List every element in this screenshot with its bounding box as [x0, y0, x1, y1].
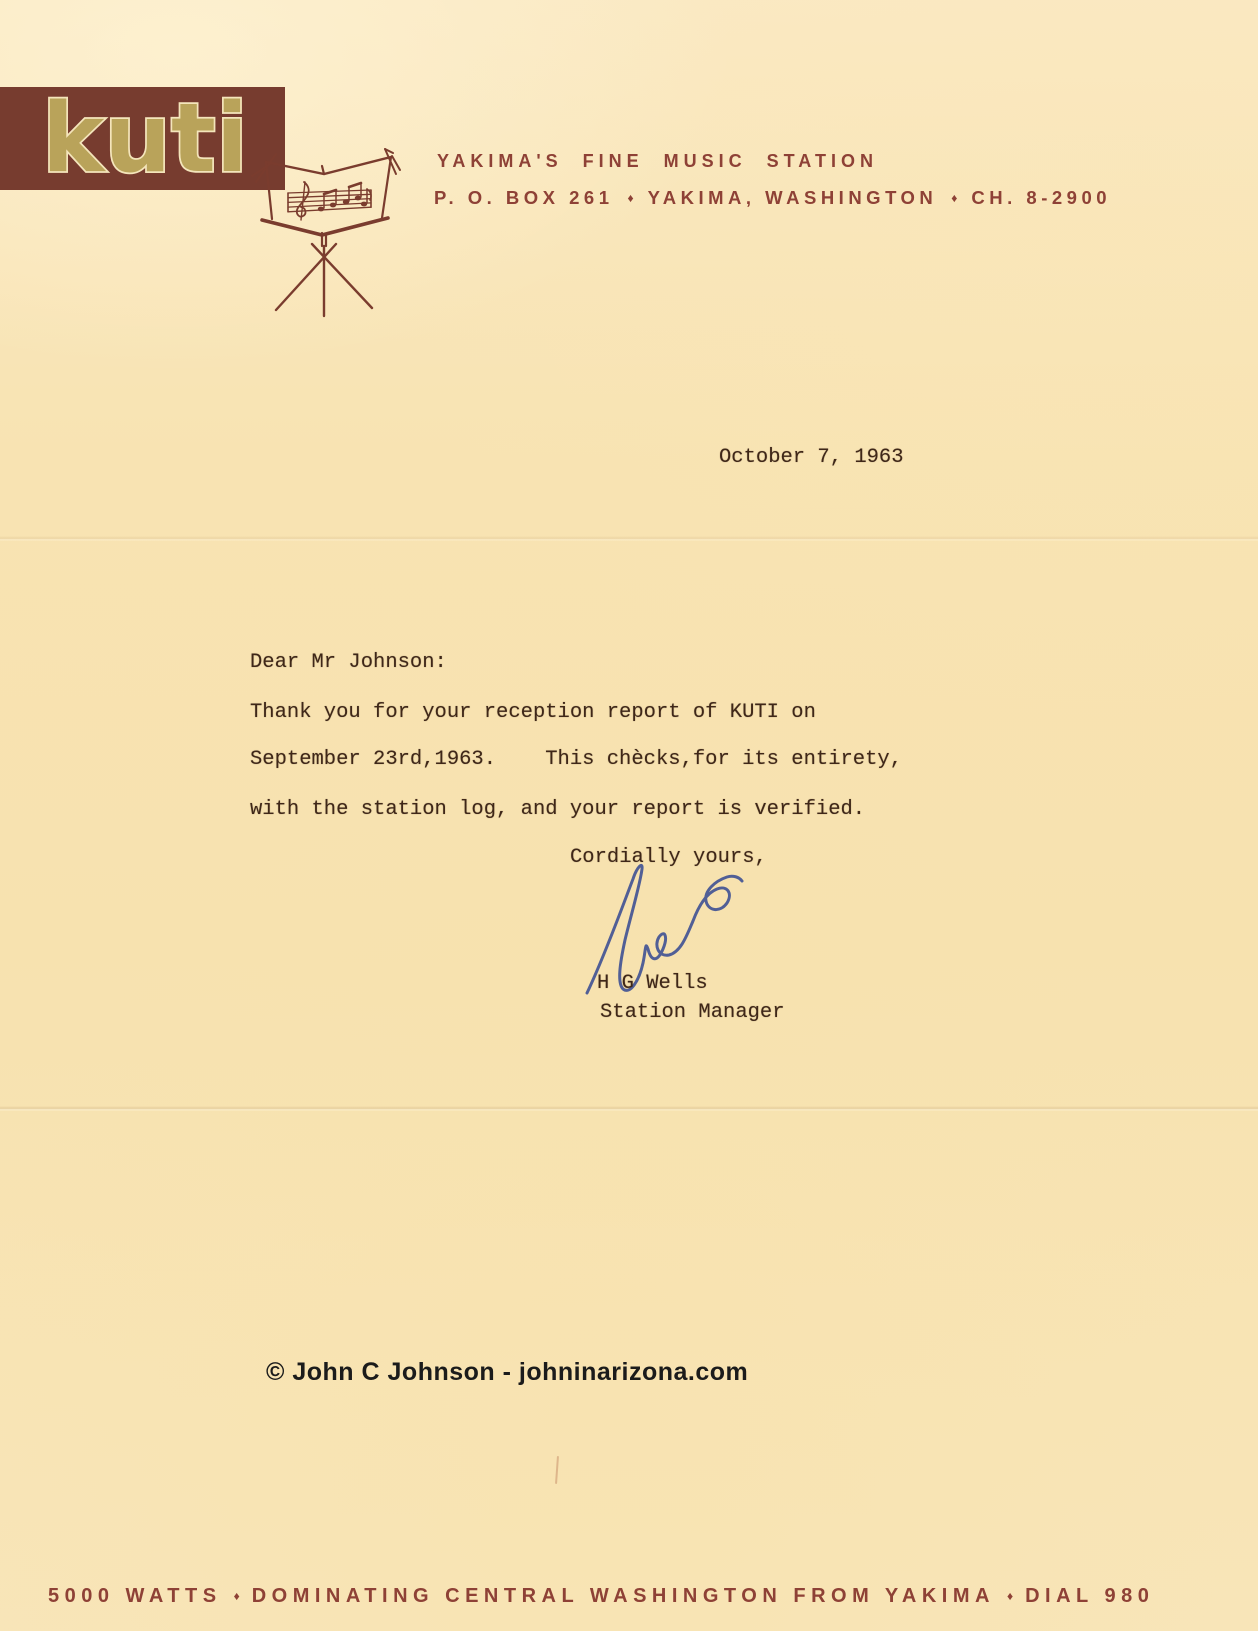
po-box: P. O. BOX 261: [434, 187, 614, 208]
salutation: Dear Mr Johnson:: [250, 651, 447, 675]
letter-page: kuti: [0, 0, 1258, 1631]
body-line: September 23rd,1963. This chècks,for its…: [250, 748, 902, 772]
diamond-separator-icon: ♦: [1007, 1589, 1013, 1603]
body-line: with the station log, and your report is…: [250, 798, 865, 822]
diamond-separator-icon: ♦: [234, 1589, 240, 1603]
city-state: YAKIMA, WASHINGTON: [648, 187, 938, 208]
kuti-logo-text: kuti: [42, 87, 248, 190]
paper-scratch: [555, 1456, 559, 1484]
footer-dial: DIAL 980: [1025, 1585, 1154, 1607]
station-tagline: YAKIMA'S FINE MUSIC STATION: [437, 151, 878, 172]
footer-slogan: 5000 WATTS♦DOMINATING CENTRAL WASHINGTON…: [48, 1585, 1154, 1608]
address-line: P. O. BOX 261♦YAKIMA, WASHINGTON♦CH. 8-2…: [434, 187, 1111, 209]
music-stand-icon: [248, 140, 413, 320]
fold-line-top: [0, 536, 1258, 541]
kuti-logo: kuti: [0, 87, 285, 190]
footer-power: 5000 WATTS: [48, 1585, 222, 1607]
letter-date: October 7, 1963: [719, 446, 904, 470]
body-line: Thank you for your reception report of K…: [250, 701, 816, 725]
signer-name: H G Wells: [597, 972, 708, 996]
footer-slogan-text: DOMINATING CENTRAL WASHINGTON FROM YAKIM…: [252, 1585, 995, 1607]
copyright-watermark: © John C Johnson - johninarizona.com: [266, 1358, 748, 1387]
signer-title: Station Manager: [600, 1001, 785, 1025]
diamond-separator-icon: ♦: [628, 191, 634, 205]
diamond-separator-icon: ♦: [951, 191, 957, 205]
fold-line-bottom: [0, 1106, 1258, 1111]
phone-number: CH. 8-2900: [971, 187, 1111, 208]
